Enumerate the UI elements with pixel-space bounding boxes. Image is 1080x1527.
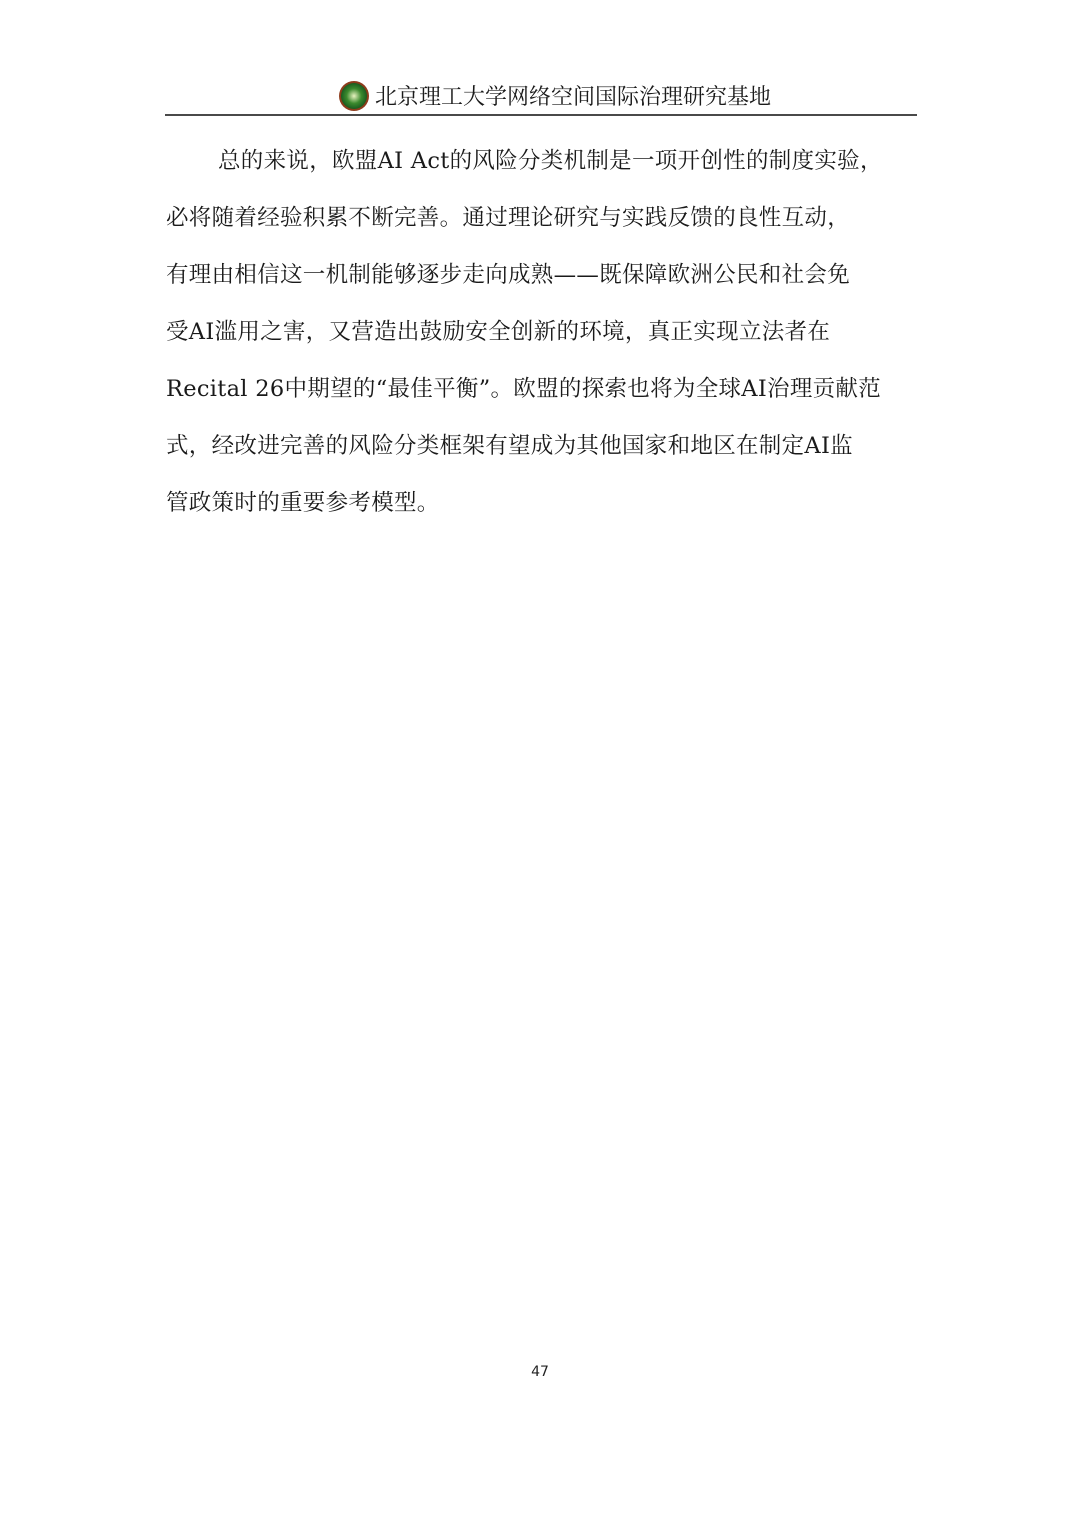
paragraph-line: 受AI滥用之害，又营造出鼓励安全创新的环境，真正实现立法者在 [166,311,918,368]
header-divider [165,114,917,116]
page-header: 北京理工大学网络空间国际治理研究基地 [165,72,917,116]
paragraph-line: 必将随着经验积累不断完善。通过理论研究与实践反馈的良性互动， [166,197,918,254]
header-title: 北京理工大学网络空间国际治理研究基地 [375,80,771,111]
university-emblem-icon [339,81,369,111]
header-brand: 北京理工大学网络空间国际治理研究基地 [339,80,771,111]
paragraph-line: 式，经改进完善的风险分类框架有望成为其他国家和地区在制定AI监 [166,425,918,482]
paragraph-line: Recital 26中期望的“最佳平衡”。欧盟的探索也将为全球AI治理贡献范 [166,368,918,425]
paragraph-line: 管政策时的重要参考模型。 [166,482,918,539]
paragraph-line: 总的来说，欧盟AI Act的风险分类机制是一项开创性的制度实验， [166,140,918,197]
page-number: 47 [0,1364,1080,1380]
paragraph-line: 有理由相信这一机制能够逐步走向成熟——既保障欧洲公民和社会免 [166,254,918,311]
body-paragraph: 总的来说，欧盟AI Act的风险分类机制是一项开创性的制度实验， 必将随着经验积… [166,140,918,539]
